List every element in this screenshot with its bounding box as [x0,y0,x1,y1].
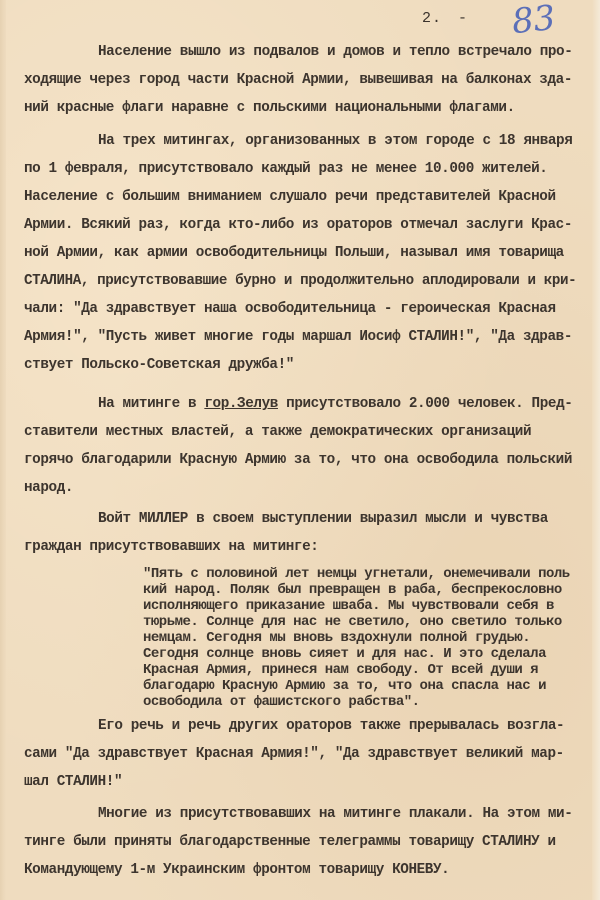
p5-line: сами "Да здравствует Красная Армия!", "Д… [24,746,564,762]
p1-line: ний красные флаги наравне с польскими на… [24,100,515,116]
p3-first-line: На митинге в гор.Зелув присутствовало 2.… [98,396,572,412]
quote-line: немцам. Сегодня мы вновь вздохнули полно… [143,630,530,646]
page-edge-left [0,0,6,900]
page-dash: - [458,10,467,27]
quote-line: тюрьме. Солнце для нас не светило, оно с… [143,614,562,630]
quote-line: Сегодня солнце вновь сияет и для нас. И … [143,646,546,662]
p2-line: ной Армии, как армии освободительницы По… [24,245,564,261]
p5-line: Его речь и речь других ораторов также пр… [98,718,564,734]
p3-line: народ. [24,480,73,496]
p3-suffix: присутствовало 2.000 человек. Пред- [278,396,572,412]
quote-line: кий народ. Поляк был превращен в раба, б… [143,582,562,598]
page-edge-right [592,0,600,900]
p6-line: тинге были приняты благодарственные теле… [24,834,556,850]
p2-line: чали: "Да здравствует наша освободительн… [24,301,556,317]
p2-line: СТАЛИНА, присутствовавшие бурно и продол… [24,273,576,289]
p5-line: шал СТАЛИН!" [24,774,122,790]
p1-line: Население вышло из подвалов и домов и те… [98,44,572,60]
place-name-underlined: гор.Зелув [204,396,278,412]
p3-line: горячо благодарили Красную Армию за то, … [24,452,572,468]
p1-line: ходящие через город части Красной Армии,… [24,72,572,88]
p4-line: граждан присутствовавших на митинге: [24,539,318,555]
p2-line: Армия!", "Пусть живет многие годы маршал… [24,329,572,345]
p3-line: ставители местных властей, а также демок… [24,424,531,440]
page-number: 2. [422,10,442,27]
p2-line: Население с большим вниманием слушало ре… [24,189,556,205]
p6-line: Командующему 1-м Украинским фронтом това… [24,862,449,878]
quote-line: Красная Армия, принеся нам свободу. От в… [143,662,538,678]
p2-line: Армии. Всякий раз, когда кто-либо из ора… [24,217,572,233]
p4-line: Войт МИЛЛЕР в своем выступлении выразил … [98,511,548,527]
p2-line: На трех митингах, организованных в этом … [98,133,572,149]
quote-line: благодарю Красную Армию за то, что она с… [143,678,546,694]
quote-line: исполняющего приказание шваба. Мы чувств… [143,598,554,614]
p2-line: ствует Польско-Советская дружба!" [24,357,294,373]
quote-line: освободила от фашистского рабства". [143,694,420,710]
p6-line: Многие из присутствовавших на митинге пл… [98,806,572,822]
p2-line: по 1 февраля, присутствовало каждый раз … [24,161,548,177]
handwritten-folio-number: 83 [510,0,557,42]
quote-line: "Пять с половиной лет немцы угнетали, он… [143,566,570,582]
p3-prefix: На митинге в [98,396,204,412]
